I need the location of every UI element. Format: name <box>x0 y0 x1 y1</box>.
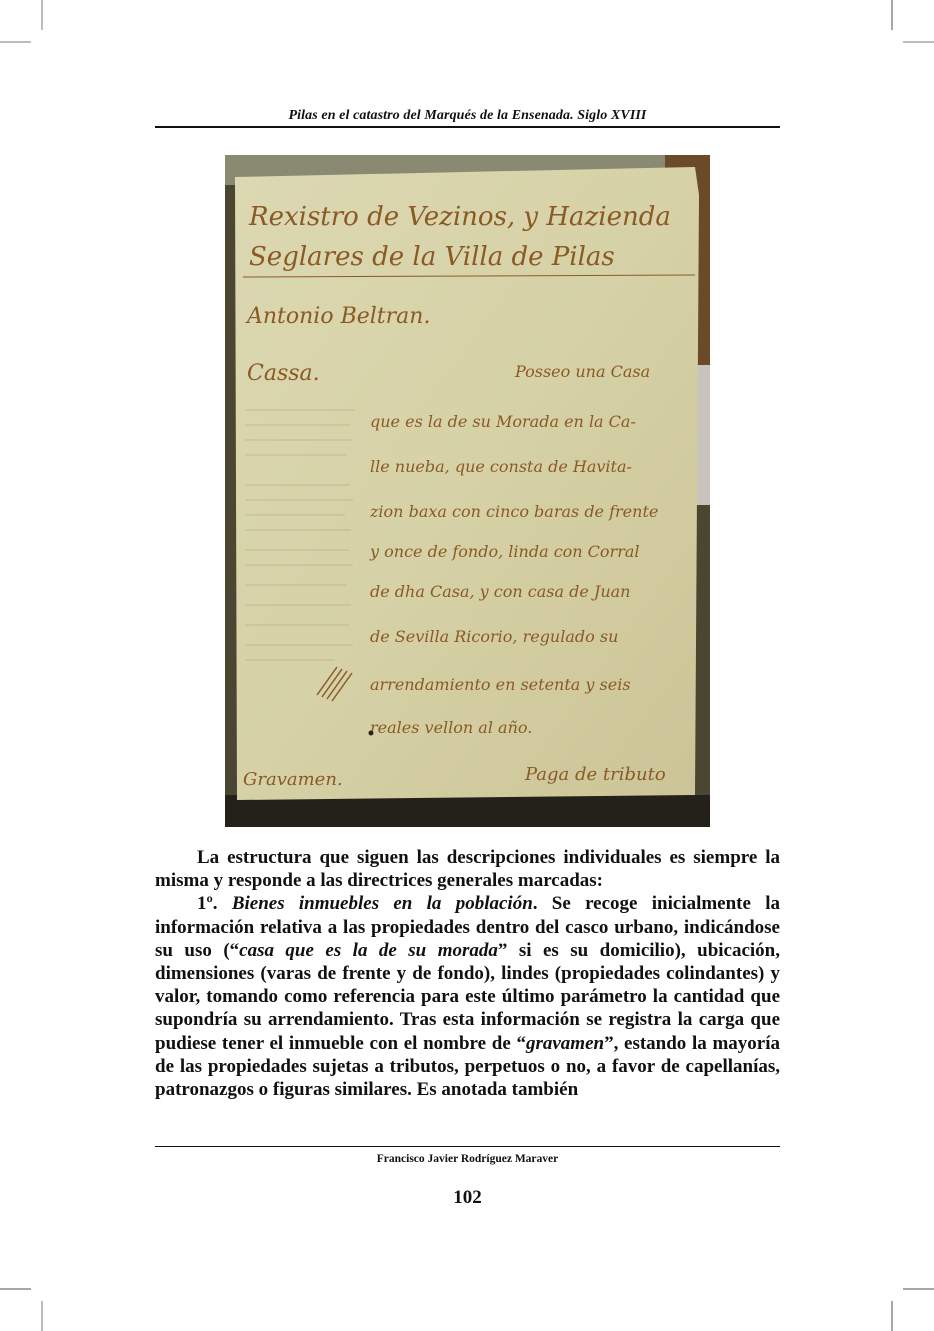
crop-mark-bottom-left-h <box>0 1288 31 1290</box>
manuscript-photo: Rexistro de Vezinos, y Hazienda Seglares… <box>225 155 710 827</box>
manuscript-line: Gravamen. <box>243 769 343 790</box>
italic-term: Bienes inmuebles en la población <box>232 893 533 914</box>
header-rule <box>155 126 780 128</box>
crop-mark-bottom-right-h <box>903 1288 934 1290</box>
crop-mark-top-right-v <box>891 0 893 30</box>
paragraph: La estructura que siguen las descripcion… <box>155 846 780 892</box>
footer-rule <box>155 1146 780 1147</box>
crop-mark-top-left-v <box>41 0 43 30</box>
crop-mark-top-right-h <box>903 41 934 43</box>
page-number: 102 <box>155 1187 780 1209</box>
crop-mark-top-left-h <box>0 41 31 43</box>
running-head: Pilas en el catastro del Marqués de la E… <box>155 108 780 124</box>
manuscript-line: de dha Casa, y con casa de Juan <box>370 582 630 601</box>
author-name: Francisco Javier Rodríguez Maraver <box>155 1153 780 1165</box>
manuscript-line: Antonio Beltran. <box>245 304 430 329</box>
manuscript-line: Seglares de la Villa de Pilas <box>249 242 615 272</box>
manuscript-line: Rexistro de Vezinos, y Hazienda <box>248 202 671 232</box>
crop-mark-bottom-left-v <box>41 1301 43 1331</box>
manuscript-line: Paga de tributo <box>524 764 666 785</box>
manuscript-line: y once de fondo, linda con Corral <box>369 542 640 561</box>
manuscript-line: arrendamiento en setenta y seis <box>370 675 631 694</box>
italic-term: gravamen <box>526 1033 604 1054</box>
crop-mark-bottom-right-v <box>891 1301 893 1331</box>
manuscript-line: Posseo una Casa <box>514 362 650 381</box>
paragraph: 1º. Bienes inmuebles en la población. Se… <box>155 892 780 1101</box>
manuscript-line: reales vellon al año. <box>370 718 532 737</box>
body-text: La estructura que siguen las descripcion… <box>155 846 780 1101</box>
manuscript-line: de Sevilla Ricorio, regulado su <box>370 627 618 646</box>
manuscript-line: Cassa. <box>247 361 320 386</box>
manuscript-line: lle nueba, que consta de Havita- <box>370 457 632 476</box>
italic-quote: casa que es la de su morada <box>239 940 498 961</box>
manuscript-line: zion baxa con cinco baras de frente <box>369 502 658 521</box>
manuscript-line: que es la de su Morada en la Ca- <box>370 412 636 431</box>
